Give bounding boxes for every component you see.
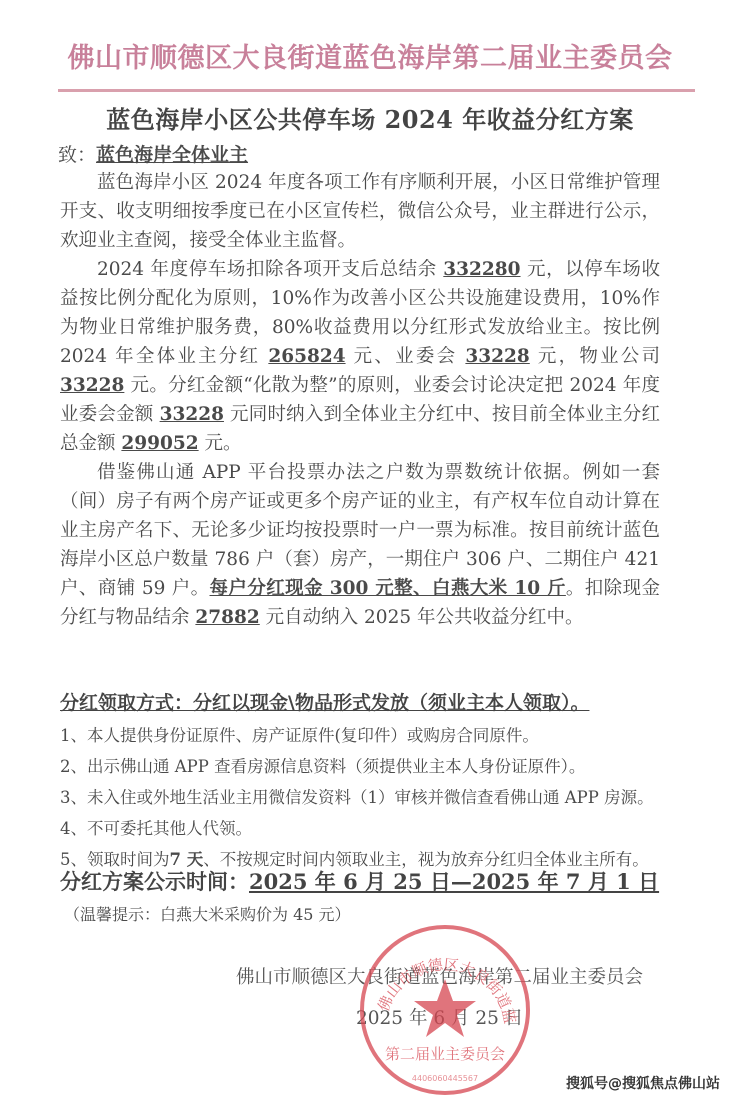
p2-text: 2024 年度停车场扣除各项开支后总结余 (97, 259, 443, 280)
rule-item: 3、未入住或外地生活业主用微信发资料（1）审核并微信查看佛山通 APP 房源。 (60, 782, 700, 813)
per-household-dividend: 每户分红现金 300 元整、白燕大米 10 斤 (210, 578, 566, 599)
signature-date: 2025 年 6 月 25 日 (356, 1004, 523, 1030)
owners-dividend: 265824 (268, 346, 345, 367)
rule-item: 1、本人提供身份证原件、房产证原件(复印件）或购房合同原件。 (60, 720, 700, 751)
remaining-balance: 27882 (195, 607, 259, 628)
committee-amount-2: 33228 (160, 404, 224, 425)
seal-serial: 4406060445567 (412, 1074, 478, 1083)
p2-text: 元，物业公司 (530, 346, 660, 367)
notice-label: 分红方案公示时间： (60, 869, 249, 894)
method-title: 分红领取方式：分红以现金\物品形式发放（须业主本人领取）。 (60, 688, 589, 715)
body-text: 蓝色海岸小区 2024 年度各项工作有序顺利开展，小区日常维护管理开支、收支明细… (60, 168, 660, 632)
p3-text: 元自动纳入 2025 年公共收益分红中。 (260, 607, 584, 628)
watermark: 搜狐号@搜狐焦点佛山站 (566, 1073, 720, 1093)
salutation: 致：蓝色海岸全体业主 (58, 140, 248, 167)
rules-list: 1、本人提供身份证原件、房产证原件(复印件）或购房合同原件。 2、出示佛山通 A… (60, 720, 700, 875)
seal-center-text: 第二届业主委员会 (385, 1045, 505, 1063)
org-header: 佛山市顺德区大良街道蓝色海岸第二届业主委员会 (0, 36, 740, 75)
salutation-prefix: 致： (58, 144, 96, 166)
tip: （温馨提示：白燕大米采购价为 45 元） (64, 902, 351, 925)
paragraph-3: 借鉴佛山通 APP 平台投票办法之户数为票数统计依据。例如一套（间）房子有两个房… (60, 458, 660, 632)
notice-dates: 2025 年 6 月 25 日—2025 年 7 月 1 日 (249, 869, 659, 894)
property-amount: 33228 (60, 375, 124, 396)
p2-text: 元。 (199, 433, 242, 454)
grand-total: 299052 (121, 433, 198, 454)
signature-org: 佛山市顺德区大良街道蓝色海岸第二届业主委员会 (236, 963, 643, 989)
paragraph-1: 蓝色海岸小区 2024 年度各项工作有序顺利开展，小区日常维护管理开支、收支明细… (60, 168, 660, 255)
paragraph-2: 2024 年度停车场扣除各项开支后总结余 332280 元，以停车场收益按比例分… (60, 255, 660, 458)
header-rule (58, 89, 695, 92)
total-balance: 332280 (443, 259, 520, 280)
rule-item: 2、出示佛山通 APP 查看房源信息资料（须提供业主本人身份证原件）。 (60, 751, 700, 782)
notice-period: 分红方案公示时间：2025 年 6 月 25 日—2025 年 7 月 1 日 (60, 866, 659, 896)
rule-item: 4、不可委托其他人代领。 (60, 813, 700, 844)
p2-text: 元、业委会 (346, 346, 466, 367)
committee-amount: 33228 (465, 346, 529, 367)
salutation-recipient: 蓝色海岸全体业主 (96, 144, 248, 166)
document-title: 蓝色海岸小区公共停车场 2024 年收益分红方案 (0, 100, 740, 135)
